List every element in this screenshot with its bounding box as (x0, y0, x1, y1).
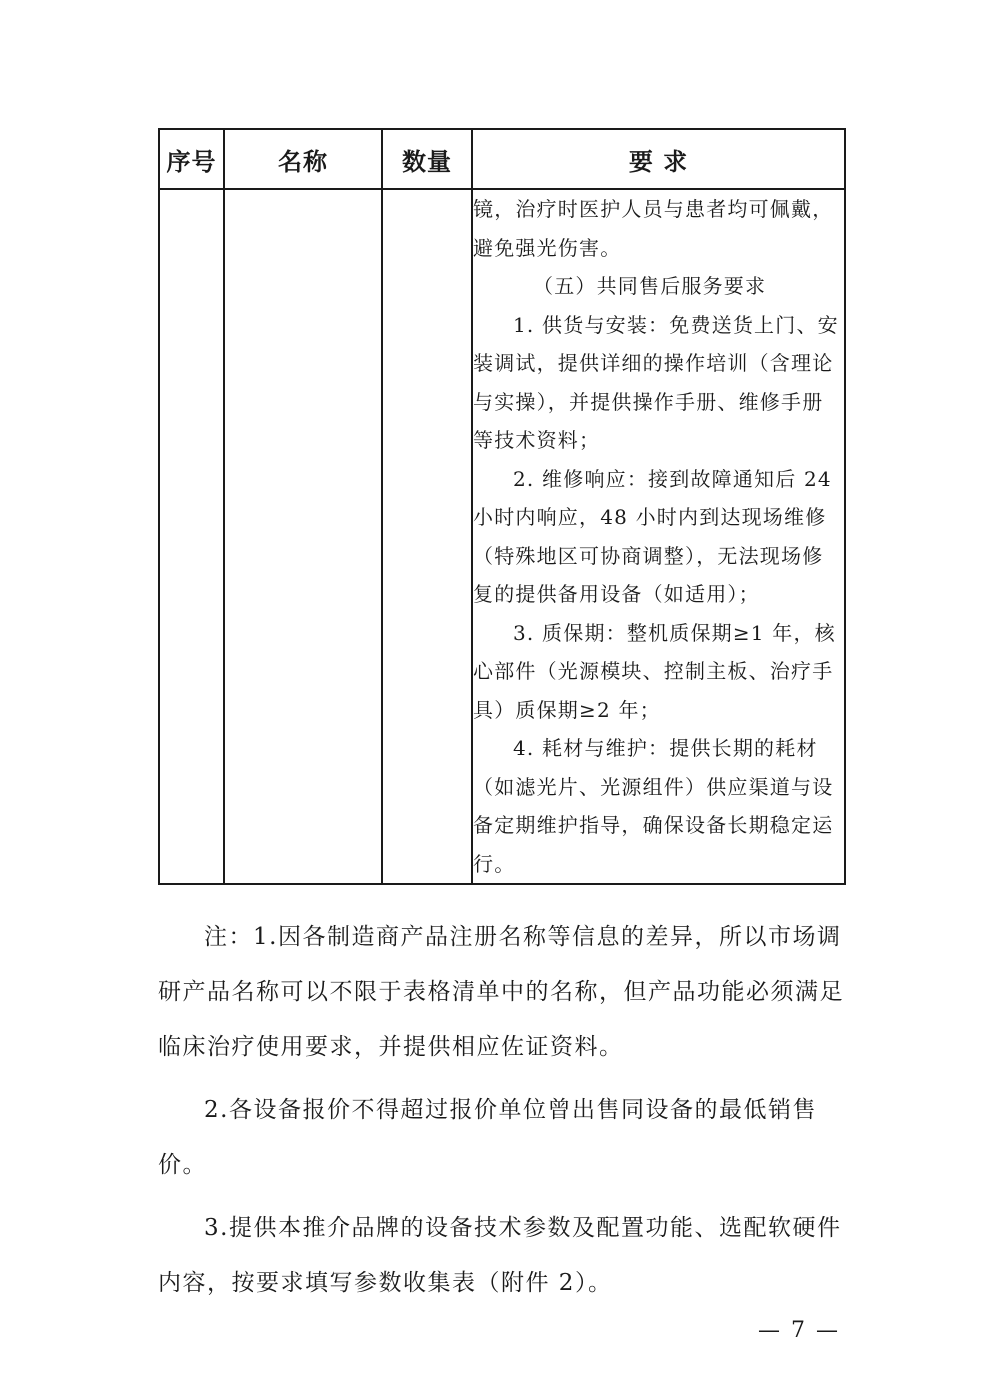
requirement-item-warranty: 3. 质保期：整机质保期≥1 年，核心部件（光源模块、控制主板、治疗手具）质保期… (473, 614, 844, 730)
requirements-table: 序号 名称 数量 要 求 镜，治疗时医护人员与患者均可佩戴，避免强光伤害。 （五… (158, 128, 846, 885)
table-row: 镜，治疗时医护人员与患者均可佩戴，避免强光伤害。 （五）共同售后服务要求 1. … (159, 189, 845, 884)
note-1: 注：1.因各制造商产品注册名称等信息的差异，所以市场调研产品名称可以不限于表格清… (158, 910, 848, 1075)
note-2: 2.各设备报价不得超过报价单位曾出售同设备的最低销售价。 (158, 1083, 848, 1193)
requirement-section-heading: （五）共同售后服务要求 (473, 267, 844, 306)
header-name: 名称 (224, 129, 382, 189)
requirement-paragraph: 镜，治疗时医护人员与患者均可佩戴，避免强光伤害。 (473, 190, 844, 267)
header-quantity: 数量 (382, 129, 472, 189)
page-number: — 7 — (758, 1318, 840, 1343)
requirement-item-consumables: 4. 耗材与维护：提供长期的耗材（如滤光片、光源组件）供应渠道与设备定期维护指导… (473, 729, 844, 883)
cell-requirements: 镜，治疗时医护人员与患者均可佩戴，避免强光伤害。 （五）共同售后服务要求 1. … (472, 189, 845, 884)
cell-quantity (382, 189, 472, 884)
requirement-item-repair: 2. 维修响应：接到故障通知后 24 小时内响应，48 小时内到达现场维修（特殊… (473, 460, 844, 614)
table-header-row: 序号 名称 数量 要 求 (159, 129, 845, 189)
cell-index (159, 189, 224, 884)
header-index: 序号 (159, 129, 224, 189)
document-page: 序号 名称 数量 要 求 镜，治疗时医护人员与患者均可佩戴，避免强光伤害。 （五… (0, 0, 1000, 1394)
note-3: 3.提供本推介品牌的设备技术参数及配置功能、选配软硬件内容，按要求填写参数收集表… (158, 1201, 848, 1311)
header-requirements: 要 求 (472, 129, 845, 189)
cell-name (224, 189, 382, 884)
requirement-item-supply: 1. 供货与安装：免费送货上门、安装调试，提供详细的操作培训（含理论与实操），并… (473, 306, 844, 460)
notes-section: 注：1.因各制造商产品注册名称等信息的差异，所以市场调研产品名称可以不限于表格清… (158, 910, 848, 1319)
